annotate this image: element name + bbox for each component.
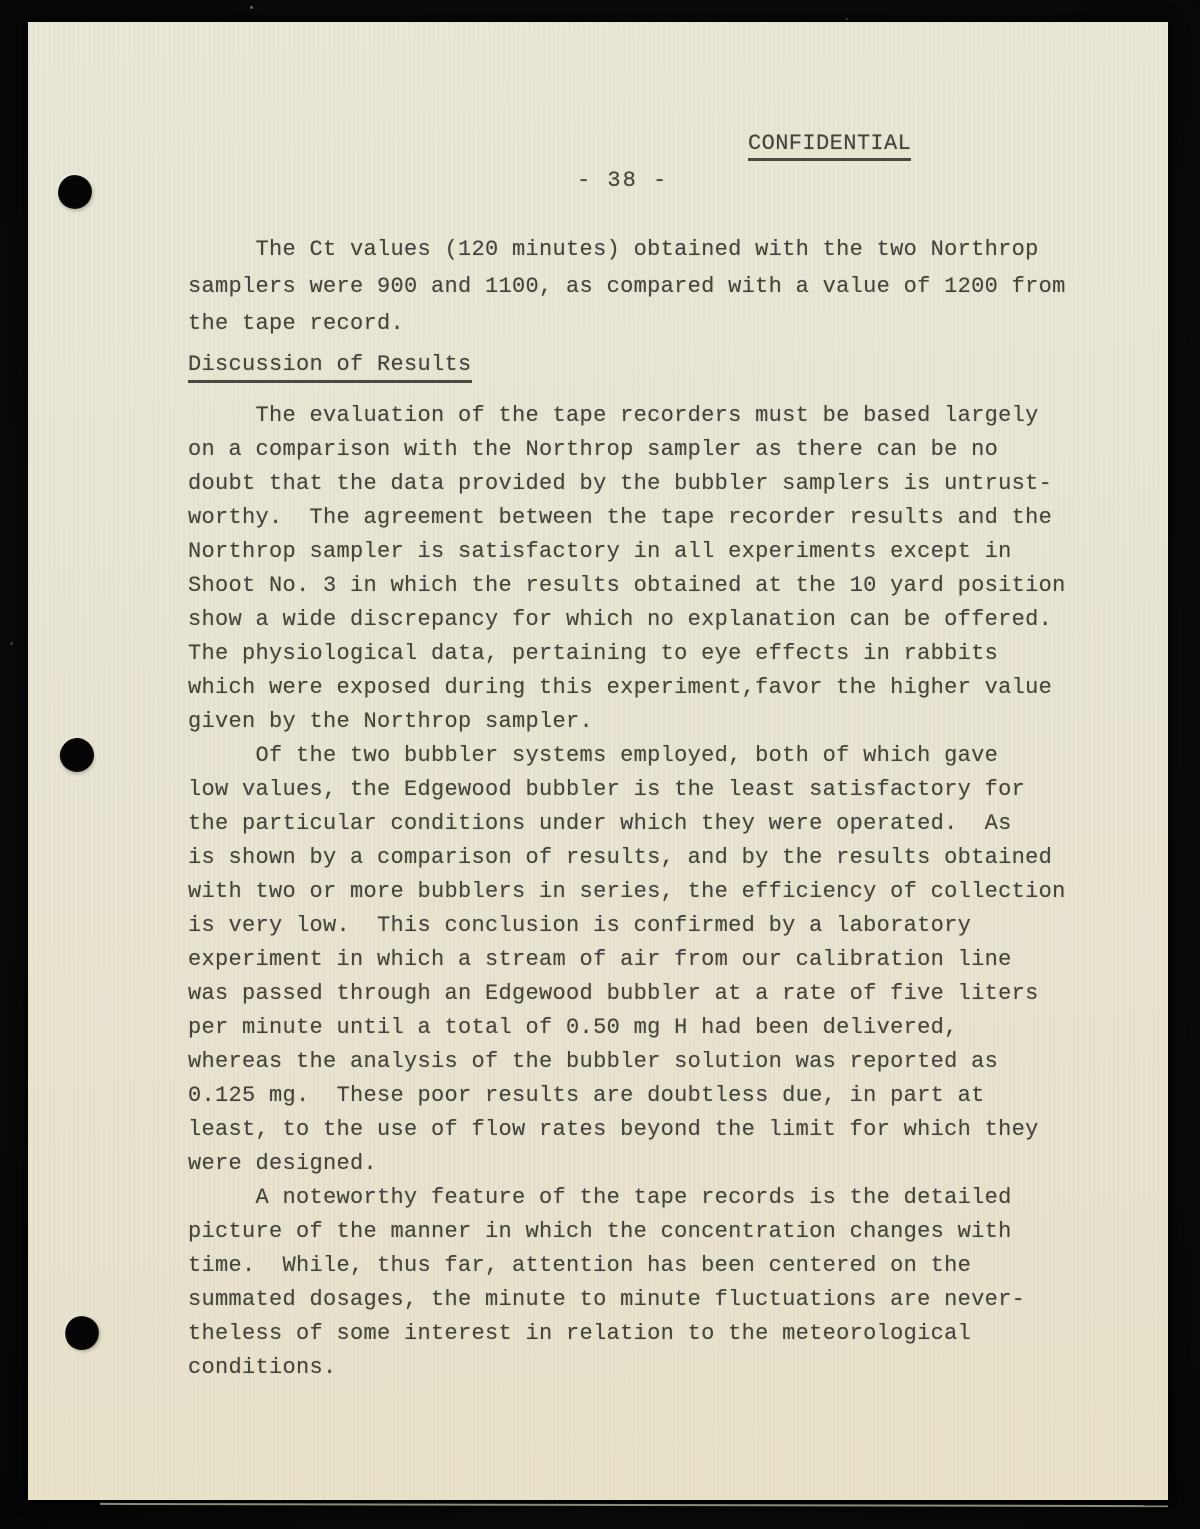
- dust-speck: [846, 18, 848, 20]
- section-heading: Discussion of Results: [188, 352, 472, 383]
- punch-hole-bottom: [61, 1312, 103, 1354]
- punch-hole-top: [58, 175, 92, 209]
- discussion-section: The evaluation of the tape recorders mus…: [188, 399, 1066, 1385]
- paragraph-tape-records: A noteworthy feature of the tape records…: [188, 1181, 1066, 1385]
- page-edge-highlight: [100, 1503, 1168, 1507]
- paragraph-evaluation: The evaluation of the tape recorders mus…: [188, 399, 1066, 739]
- intro-paragraph: The Ct values (120 minutes) obtained wit…: [188, 231, 1066, 342]
- page-number: - 38 -: [577, 168, 668, 193]
- scan-background: CONFIDENTIAL - 38 - The Ct values (120 m…: [0, 0, 1200, 1529]
- punch-hole-middle: [55, 733, 99, 777]
- section-heading-row: Discussion of Results: [188, 352, 472, 383]
- dust-speck: [250, 6, 253, 9]
- document-page: CONFIDENTIAL - 38 - The Ct values (120 m…: [28, 22, 1168, 1500]
- confidential-stamp: CONFIDENTIAL: [748, 131, 911, 161]
- dust-speck: [10, 642, 13, 645]
- paragraph-bubbler-systems: Of the two bubbler systems employed, bot…: [188, 739, 1066, 1181]
